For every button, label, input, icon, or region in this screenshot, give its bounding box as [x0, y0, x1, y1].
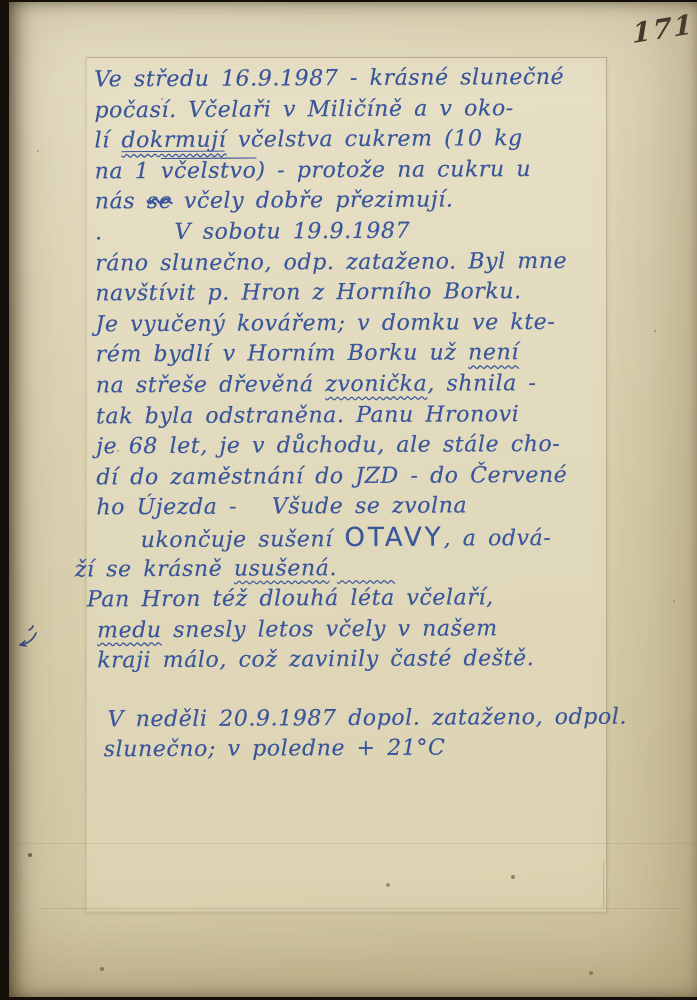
- paper-crease: [603, 862, 604, 908]
- handwritten-segment: je 68 let, je v důchodu, ale stále cho-: [96, 432, 560, 459]
- book-page: 171 Ve středu 16.9.1987 - krásné slunečn…: [9, 2, 697, 997]
- handwritten-line: počasí. Včelaři v Miličíně a v oko-: [94, 93, 606, 126]
- handwritten-line: V neděli 20.9.1987 dopol. zataženo, odpo…: [108, 703, 610, 736]
- handwritten-line: na střeše dřevěná zvonička, shnila -: [96, 369, 608, 402]
- handwritten-segment: OTAVY: [344, 522, 443, 553]
- handwritten-segment: není: [468, 340, 519, 365]
- handwritten-line: ukončuje sušení OTAVY, a odvá-: [141, 522, 609, 555]
- handwritten-segment: se: [147, 189, 173, 214]
- handwritten-line: na 1 včelstvo) - protože na cukru u: [95, 154, 607, 187]
- handwritten-line: dí do zaměstnání do JZD - do Červené: [96, 460, 608, 493]
- handwritten-segment: , shnila -: [427, 371, 536, 397]
- handwritten-segment: včelstvo: [161, 158, 257, 183]
- handwritten-segment: ukončuje sušení: [141, 527, 345, 553]
- handwritten-line: medu snesly letos včely v našem: [97, 613, 609, 646]
- page-number: 171: [632, 9, 694, 50]
- handwritten-segment: počasí. Včelaři v Miličíně a v oko-: [94, 96, 514, 123]
- handwritten-segment: tak byla odstraněna. Panu Hronovi: [96, 402, 520, 429]
- handwritten-segment: V neděli 20.9.1987 dopol. zataženo, odpo…: [108, 704, 628, 732]
- handwritten-line: navštívit p. Hron z Horního Borku.: [95, 277, 607, 310]
- handwritten-segment: včely dobře přezimují.: [172, 188, 453, 214]
- handwritten-line: ží se krásně usušená.: [75, 552, 609, 585]
- handwritten-segment: dí do zaměstnání do JZD - do Červené: [96, 463, 567, 490]
- handwritten-segment: slunečno; v poledne + 21°C: [104, 736, 446, 763]
- handwritten-line: rém bydlí v Horním Borku už není: [96, 338, 608, 371]
- handwritten-segment: navštívit p. Hron z Horního Borku.: [95, 279, 521, 306]
- handwritten-segment: Je vyučený kovářem; v domku ve kte-: [95, 310, 555, 337]
- handwritten-segment: zvonička: [325, 372, 427, 398]
- handwritten-segment: [337, 555, 395, 580]
- margin-correction-mark-icon: [12, 620, 42, 654]
- handwritten-segment: Ve středu 16.9.1987 - krásné slunečné: [94, 65, 564, 92]
- handwritten-line: ráno slunečno, odp. zataženo. Byl mne: [95, 246, 607, 279]
- paper-crease: [39, 908, 682, 909]
- handwritten-line: ho Újezda - Všude se zvolna: [96, 491, 608, 524]
- paper-specks: [9, 2, 11, 4]
- handwritten-segment: na 1: [95, 159, 161, 184]
- paper-crease: [9, 843, 697, 844]
- handwritten-segment: dokrmují: [121, 128, 226, 154]
- handwritten-segment: nás: [95, 189, 147, 214]
- handwritten-lines: Ve středu 16.9.1987 - krásné slunečnépoč…: [94, 63, 610, 767]
- handwritten-segment: , a odvá-: [444, 526, 552, 552]
- handwritten-line: Pan Hron též dlouhá léta včelaří,: [87, 583, 609, 616]
- handwritten-segment: snesly letos včely v našem: [162, 616, 498, 643]
- handwritten-segment: ho Újezda - Všude se zvolna: [96, 494, 467, 521]
- handwritten-line: tak byla odstraněna. Panu Hronovi: [96, 399, 608, 432]
- handwritten-segment: rém bydlí v Horním Borku už: [96, 341, 469, 368]
- handwritten-line: nás se včely dobře přezimují.: [95, 185, 607, 218]
- handwritten-segment: .: [95, 220, 103, 245]
- handwritten-line: je 68 let, je v důchodu, ale stále cho-: [96, 430, 608, 463]
- handwritten-segment: lí: [94, 128, 121, 153]
- handwritten-segment: včelstva cukrem (10 kg: [226, 126, 523, 153]
- handwritten-line: slunečno; v poledne + 21°C: [104, 733, 610, 766]
- handwritten-segment: kraji málo, což zavinily časté deště.: [97, 646, 534, 673]
- handwritten-segment: V sobotu 19.9.1987: [175, 219, 411, 245]
- handwritten-line: Je vyučený kovářem; v domku ve kte-: [95, 307, 607, 340]
- handwritten-line: .V sobotu 19.9.1987: [95, 216, 607, 249]
- handwritten-segment: ) - protože na cukru u: [256, 157, 531, 183]
- handwritten-segment: medu: [97, 618, 162, 643]
- handwritten-segment: na střeše dřevěná: [96, 372, 326, 398]
- handwritten-segment: ží se krásně: [75, 556, 234, 582]
- handwritten-segment: Pan Hron též dlouhá léta včelaří,: [87, 585, 494, 612]
- handwritten-line: kraji málo, což zavinily časté deště.: [97, 644, 609, 677]
- handwritten-segment: usušená: [234, 556, 330, 581]
- handwritten-segment: ráno slunečno, odp. zataženo. Byl mne: [95, 248, 567, 275]
- handwritten-line: Ve středu 16.9.1987 - krásné slunečné: [94, 63, 606, 96]
- handwritten-line: lí dokrmují včelstva cukrem (10 kg: [94, 124, 606, 157]
